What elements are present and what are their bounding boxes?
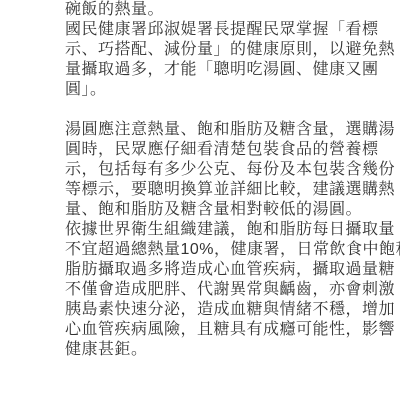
text-line: 示、巧搭配、減份量」的健康原則，以避免熱 (65, 40, 399, 60)
text-line: 依據世界衛生組織建議，飽和脂肪每日攝取量 (65, 220, 399, 240)
paragraph: 湯圓應注意熱量、飽和脂肪及糖含量，選購湯圓時，民眾應仔細看清楚包裝食品的營養標示… (65, 120, 399, 220)
text-line: 圓」。 (65, 80, 399, 100)
text-line: 胰島素快速分泌，造成血糖與情緒不穩，增加 (65, 300, 399, 320)
text-line: 國民健康署邱淑媞署長提醒民眾掌握「看標 (65, 20, 399, 40)
text-line: 健康甚鉅。 (65, 340, 399, 360)
paragraph: 依據世界衛生組織建議，飽和脂肪每日攝取量不宜超過總熱量10%，健康署，日常飲食中… (65, 220, 399, 360)
article-body: 碗飯的熱量。國民健康署邱淑媞署長提醒民眾掌握「看標示、巧搭配、減份量」的健康原則… (65, 0, 399, 360)
text-line: 心血管疾病風險，且糖具有成癮可能性，影響 (65, 320, 399, 340)
text-line: 量、飽和脂肪及糖含量相對較低的湯圓。 (65, 200, 399, 220)
text-line: 示，包括每有多少公克、每份及本包裝含幾份 (65, 160, 399, 180)
text-line: 量攝取過多，才能「聰明吃湯圓、健康又團 (65, 60, 399, 80)
text-line: 圓時，民眾應仔細看清楚包裝食品的營養標 (65, 140, 399, 160)
text-line: 不僅會造成肥胖、代謝異常與齲齒，亦會刺激 (65, 280, 399, 300)
paragraph: 國民健康署邱淑媞署長提醒民眾掌握「看標示、巧搭配、減份量」的健康原則，以避免熱量… (65, 20, 399, 100)
text-line: 碗飯的熱量。 (65, 0, 399, 20)
text-line: 等標示，要聰明換算並詳細比較，建議選購熱 (65, 180, 399, 200)
paragraph: 碗飯的熱量。 (65, 0, 399, 20)
text-line: 湯圓應注意熱量、飽和脂肪及糖含量，選購湯 (65, 120, 399, 140)
text-line: 脂肪攝取過多將造成心血管疾病，攝取過量糖 (65, 260, 399, 280)
text-line: 不宜超過總熱量10%，健康署，日常飲食中飽和 (65, 240, 399, 260)
page: { "page": { "background_color": "#ffffff… (0, 0, 400, 400)
